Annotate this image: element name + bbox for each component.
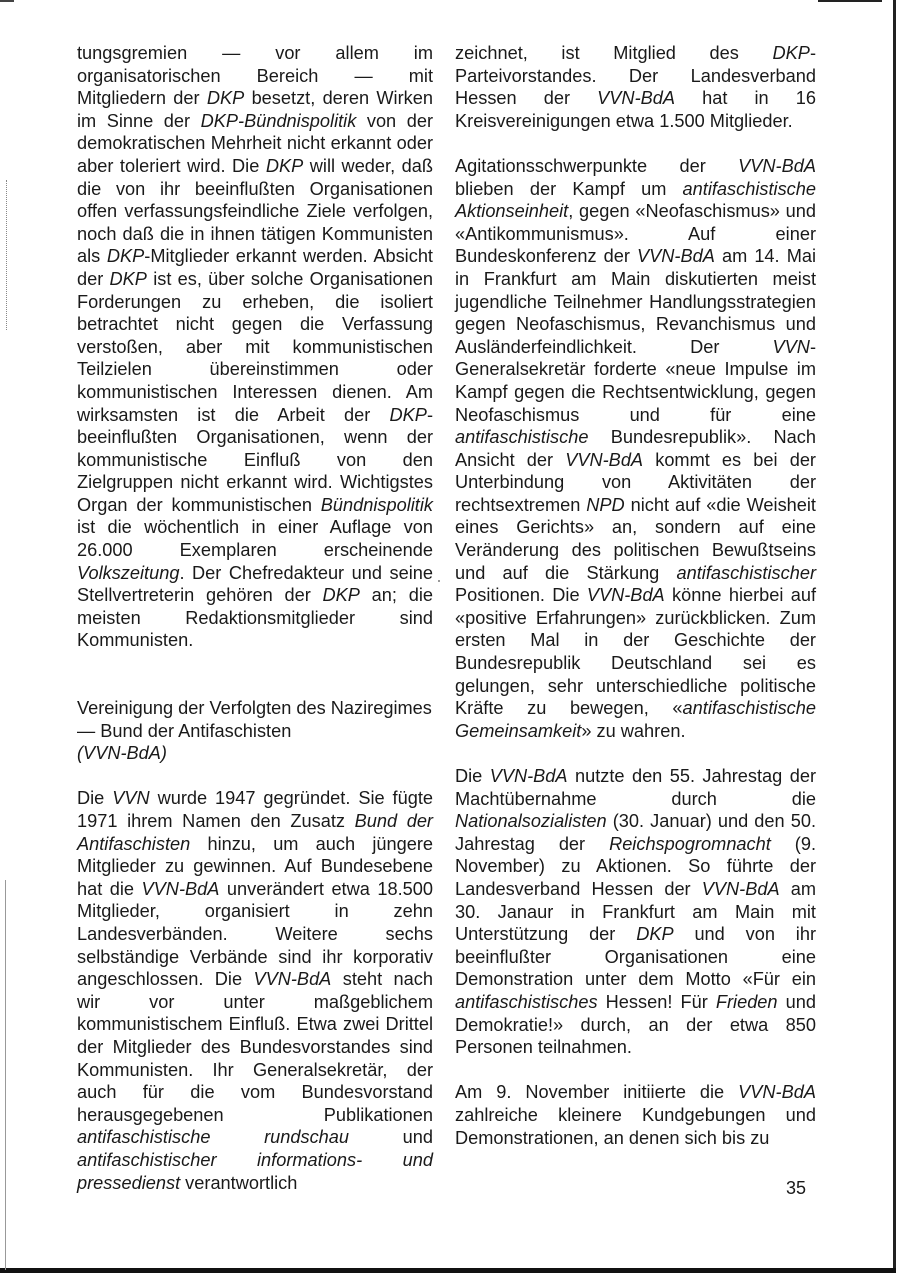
emphasized-term: VVN-BdA (142, 879, 220, 899)
emphasized-term: Bündnispolitik (321, 495, 433, 515)
emphasized-term: VVN (773, 337, 810, 357)
text-run: Hessen! Für (598, 992, 716, 1012)
text-run: ist die wöchentlich in einer Auflage von… (77, 517, 433, 560)
paragraph: Die VVN wurde 1947 gegründet. Sie fügte … (77, 787, 433, 1194)
scan-edge-bottom (0, 1268, 896, 1273)
scan-artifact (438, 580, 440, 582)
emphasized-term: DKP (773, 43, 810, 63)
paragraph-gap (455, 1059, 816, 1082)
emphasized-term: VVN-BdA (587, 585, 665, 605)
emphasized-term: VVN-BdA (597, 88, 675, 108)
text-run: Positionen. Die (455, 585, 587, 605)
text-run: Die (455, 766, 490, 786)
text-run: verantwortlich (180, 1173, 297, 1193)
paragraph: Agitationsschwerpunkte der VVN-BdA blieb… (455, 155, 816, 742)
paragraph: Am 9. November initiierte die VVN-BdA za… (455, 1081, 816, 1149)
emphasized-term: Reichspogromnacht (609, 834, 771, 854)
emphasized-term: antifaschistischer (677, 563, 817, 583)
right-column: zeichnet, ist Mitglied des DKP-Parteivor… (455, 42, 816, 1149)
emphasized-term: DKP-Bündnispolitik (201, 111, 357, 131)
paragraph: Die VVN-BdA nutzte den 55. Jahrestag der… (455, 765, 816, 1059)
text-run: » zu wahren. (581, 721, 685, 741)
page-number: 35 (786, 1178, 806, 1199)
emphasized-term: DKP (323, 585, 360, 605)
text-run: Am 9. November initiierte die (455, 1082, 738, 1102)
text-run: Die (77, 788, 112, 808)
emphasized-term: VVN-BdA (490, 766, 568, 786)
section-heading-title: Vereinigung der Verfolgten des Naziregim… (77, 698, 432, 741)
emphasized-term: Volkszeitung (77, 563, 179, 583)
emphasized-term: VVN-BdA (702, 879, 780, 899)
text-run: Agitationsschwerpunkte der (455, 156, 738, 176)
paragraph: zeichnet, ist Mitglied des DKP-Parteivor… (455, 42, 816, 132)
emphasized-term: VVN-BdA (565, 450, 643, 470)
emphasized-term: antifaschistische rundschau (77, 1127, 349, 1147)
scan-edge-left-mark (6, 180, 8, 330)
text-run: steht nach wir vor unter maßgeblichem ko… (77, 969, 433, 1125)
scanned-page: tungsgremien — vor allem im organisatori… (0, 0, 900, 1276)
paragraph: tungsgremien — vor allem im organisatori… (77, 42, 433, 652)
text-run: ist es, über solche Organisationen Forde… (77, 269, 433, 425)
text-run: zeichnet, ist Mitglied des (455, 43, 773, 63)
section-heading-abbr: (VVN-BdA) (77, 743, 167, 763)
emphasized-term: antifaschistische (455, 427, 588, 447)
scan-edge-top (818, 0, 882, 2)
emphasized-term: Nationalsozialisten (455, 811, 607, 831)
emphasized-term: VVN-BdA (738, 1082, 816, 1102)
emphasized-term: DKP (207, 88, 244, 108)
paragraph-gap (77, 765, 433, 788)
scan-edge-right (893, 0, 896, 1270)
text-run: und (349, 1127, 433, 1147)
emphasized-term: DKP (636, 924, 673, 944)
paragraph-gap (455, 742, 816, 765)
emphasized-term: DKP (107, 246, 144, 266)
scan-edge-top-left (0, 0, 14, 2)
emphasized-term: DKP (266, 156, 303, 176)
emphasized-term: Frieden (716, 992, 778, 1012)
text-run: blieben der Kampf um (455, 179, 683, 199)
emphasized-term: VVN-BdA (738, 156, 816, 176)
text-run: zahlreiche kleinere Kundgebungen und Dem… (455, 1105, 816, 1148)
emphasized-term: VVN (112, 788, 149, 808)
scan-edge-left-line (5, 880, 7, 1270)
emphasized-term: antifaschistisches (455, 992, 598, 1012)
emphasized-term: VVN-BdA (637, 246, 715, 266)
paragraph-gap (455, 132, 816, 155)
emphasized-term: DKP (110, 269, 147, 289)
paragraph-gap (77, 652, 433, 697)
emphasized-term: VVN-BdA (253, 969, 331, 989)
left-column: tungsgremien — vor allem im organisatori… (77, 42, 433, 1194)
emphasized-term: NPD (586, 495, 624, 515)
section-heading: Vereinigung der Verfolgten des Naziregim… (77, 697, 433, 765)
emphasized-term: DKP (390, 405, 427, 425)
